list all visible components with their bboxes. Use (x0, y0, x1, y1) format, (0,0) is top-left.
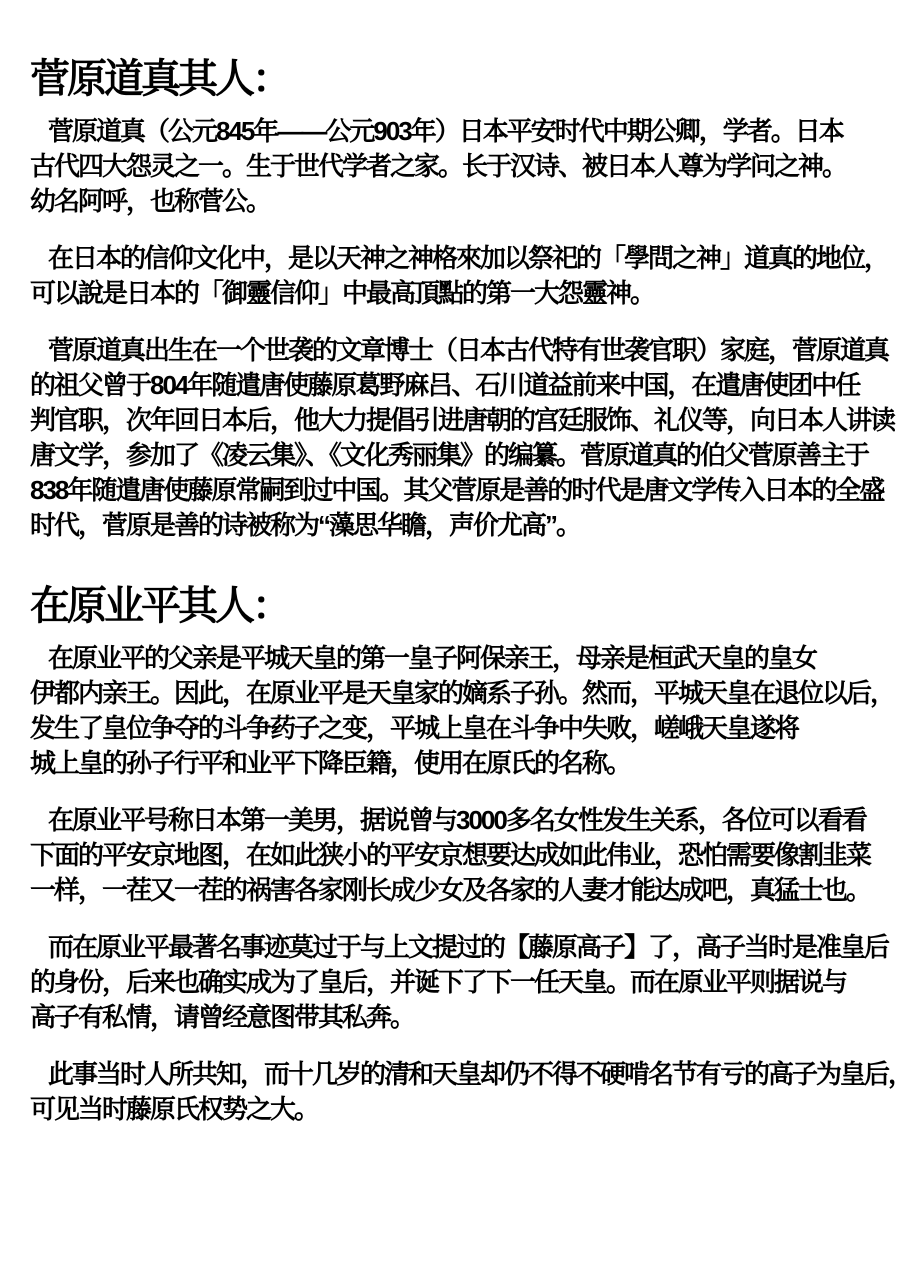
text-line: 的祖父曾于804年随遣唐使藤原葛野麻吕、石川道益前来中国，在遣唐使团中任 (30, 368, 901, 403)
paragraph: 菅原道真（公元845年——公元903年）日本平安时代中期公卿，学者。日本古代四大… (30, 114, 901, 219)
paragraph: 此事当时人所共知，而十几岁的清和天皇却仍不得不硬啃名节有亏的高子为皇后，可见当时… (30, 1057, 901, 1127)
paragraph: 在原业平的父亲是平城天皇的第一皇子阿保亲王，母亲是桓武天皇的皇女伊都内亲王。因此… (30, 641, 901, 781)
text-line: 古代四大怨灵之一。生于世代学者之家。长于汉诗、被日本人尊为学问之神。 (30, 149, 901, 184)
text-line: 幼名阿呼，也称菅公。 (30, 184, 901, 219)
paragraph: 在原业平号称日本第一美男，据说曾与3000多名女性发生关系，各位可以看看下面的平… (30, 803, 901, 908)
text-line: 838年随遣唐使藤原常嗣到过中国。其父菅原是善的时代是唐文学传入日本的全盛 (30, 473, 901, 508)
article-page: 菅原道真其人：菅原道真（公元845年——公元903年）日本平安时代中期公卿，学者… (0, 0, 907, 1285)
sections-container: 菅原道真其人：菅原道真（公元845年——公元903年）日本平安时代中期公卿，学者… (30, 56, 901, 1127)
text-line: 菅原道真出生在一个世袭的文章博士（日本古代特有世袭官职）家庭，菅原道真 (30, 333, 901, 368)
paragraph: 菅原道真出生在一个世袭的文章博士（日本古代特有世袭官职）家庭，菅原道真的祖父曾于… (30, 333, 901, 543)
text-line: 在原业平的父亲是平城天皇的第一皇子阿保亲王，母亲是桓武天皇的皇女 (30, 641, 901, 676)
section: 在原业平其人：在原业平的父亲是平城天皇的第一皇子阿保亲王，母亲是桓武天皇的皇女伊… (30, 583, 901, 1127)
section-heading: 菅原道真其人： (30, 56, 901, 102)
text-line: 可以說是日本的「御靈信仰」中最高頂點的第一大怨靈神。 (30, 276, 901, 311)
text-line: 此事当时人所共知，而十几岁的清和天皇却仍不得不硬啃名节有亏的高子为皇后， (30, 1057, 901, 1092)
text-line: 伊都内亲王。因此，在原业平是天皇家的嫡系子孙。然而，平城天皇在退位以后， (30, 676, 901, 711)
text-line: 可见当时藤原氏权势之大。 (30, 1092, 901, 1127)
text-line: 判官职，次年回日本后，他大力提倡引进唐朝的宫廷服饰、礼仪等，向日本人讲读 (30, 403, 901, 438)
paragraph: 而在原业平最著名事迹莫过于与上文提过的【藤原高子】了，高子当时是准皇后的身份，后… (30, 930, 901, 1035)
text-line: 发生了皇位争夺的斗争药子之变，平城上皇在斗争中失败，嵯峨天皇遂将 (30, 711, 901, 746)
text-line: 下面的平安京地图，在如此狭小的平安京想要达成如此伟业，恐怕需要像割韭菜 (30, 838, 901, 873)
text-line: 城上皇的孙子行平和业平下降臣籍，使用在原氏的名称。 (30, 746, 901, 781)
paragraph: 在日本的信仰文化中，是以天神之神格來加以祭祀的「學問之神」道真的地位，可以說是日… (30, 241, 901, 311)
section: 菅原道真其人：菅原道真（公元845年——公元903年）日本平安时代中期公卿，学者… (30, 56, 901, 543)
text-line: 在原业平号称日本第一美男，据说曾与3000多名女性发生关系，各位可以看看 (30, 803, 901, 838)
text-line: 的身份，后来也确实成为了皇后，并诞下了下一任天皇。而在原业平则据说与 (30, 965, 901, 1000)
section-heading: 在原业平其人： (30, 583, 901, 629)
text-line: 时代，菅原是善的诗被称为“藻思华瞻，声价尤高”。 (30, 508, 901, 543)
text-line: 在日本的信仰文化中，是以天神之神格來加以祭祀的「學問之神」道真的地位， (30, 241, 901, 276)
text-line: 而在原业平最著名事迹莫过于与上文提过的【藤原高子】了，高子当时是准皇后 (30, 930, 901, 965)
text-line: 唐文学，参加了《凌云集》、《文化秀丽集》的编纂。菅原道真的伯父菅原善主于 (30, 438, 901, 473)
text-line: 菅原道真（公元845年——公元903年）日本平安时代中期公卿，学者。日本 (30, 114, 901, 149)
text-line: 一样，一茬又一茬的祸害各家刚长成少女及各家的人妻才能达成吧，真猛士也。 (30, 873, 901, 908)
text-line: 高子有私情，请曾经意图带其私奔。 (30, 1000, 901, 1035)
